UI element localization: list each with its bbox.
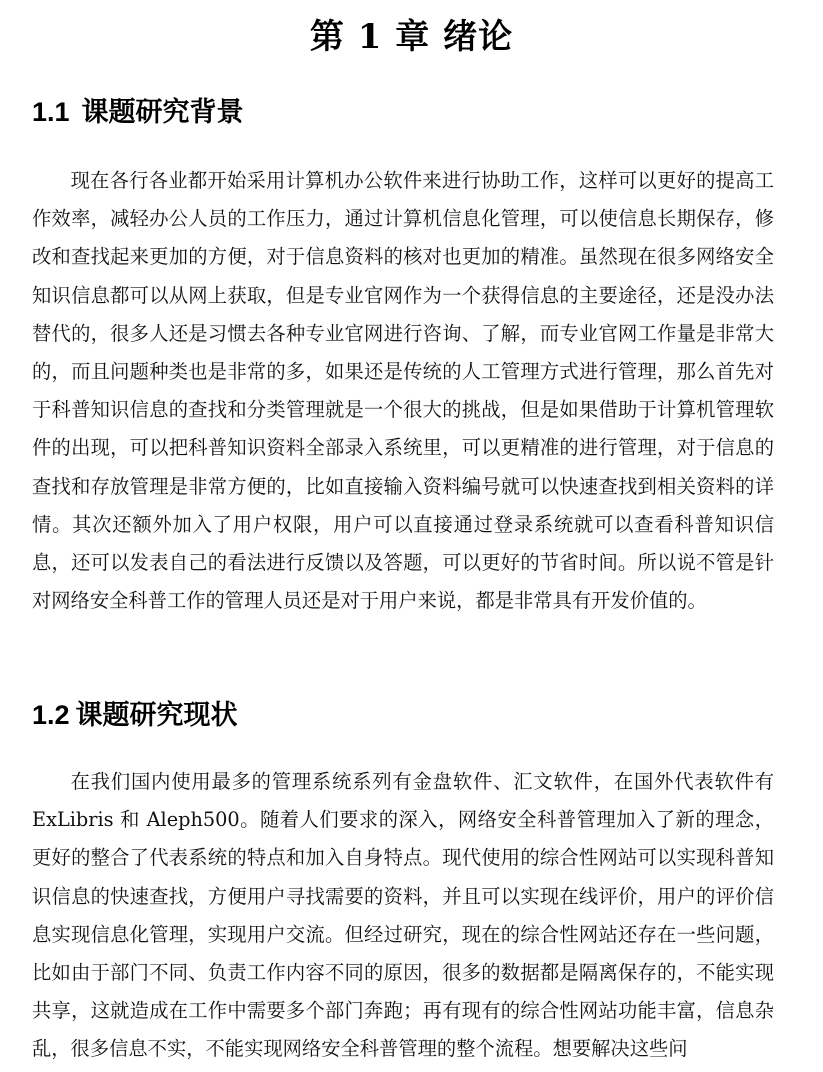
section-number: 1.2 bbox=[32, 700, 70, 730]
section-heading-1-1: 1.1课题研究背景 bbox=[32, 92, 244, 132]
section-heading-1-2: 1.2课题研究现状 bbox=[32, 695, 238, 735]
chapter-title: 第 1 章 绪论 bbox=[0, 12, 823, 62]
paragraph-status: 在我们国内使用最多的管理系统系列有金盘软件、汇文软件，在国外代表软件有 ExLi… bbox=[32, 763, 774, 1069]
document-page: 第 1 章 绪论 1.1课题研究背景 现在各行各业都开始采用计算机办公软件来进行… bbox=[0, 0, 823, 1072]
section-number: 1.1 bbox=[32, 97, 70, 127]
paragraph-background: 现在各行各业都开始采用计算机办公软件来进行协助工作，这样可以更好的提高工作效率，… bbox=[32, 162, 774, 620]
section-title: 课题研究背景 bbox=[82, 97, 244, 127]
section-title: 课题研究现状 bbox=[76, 700, 238, 730]
